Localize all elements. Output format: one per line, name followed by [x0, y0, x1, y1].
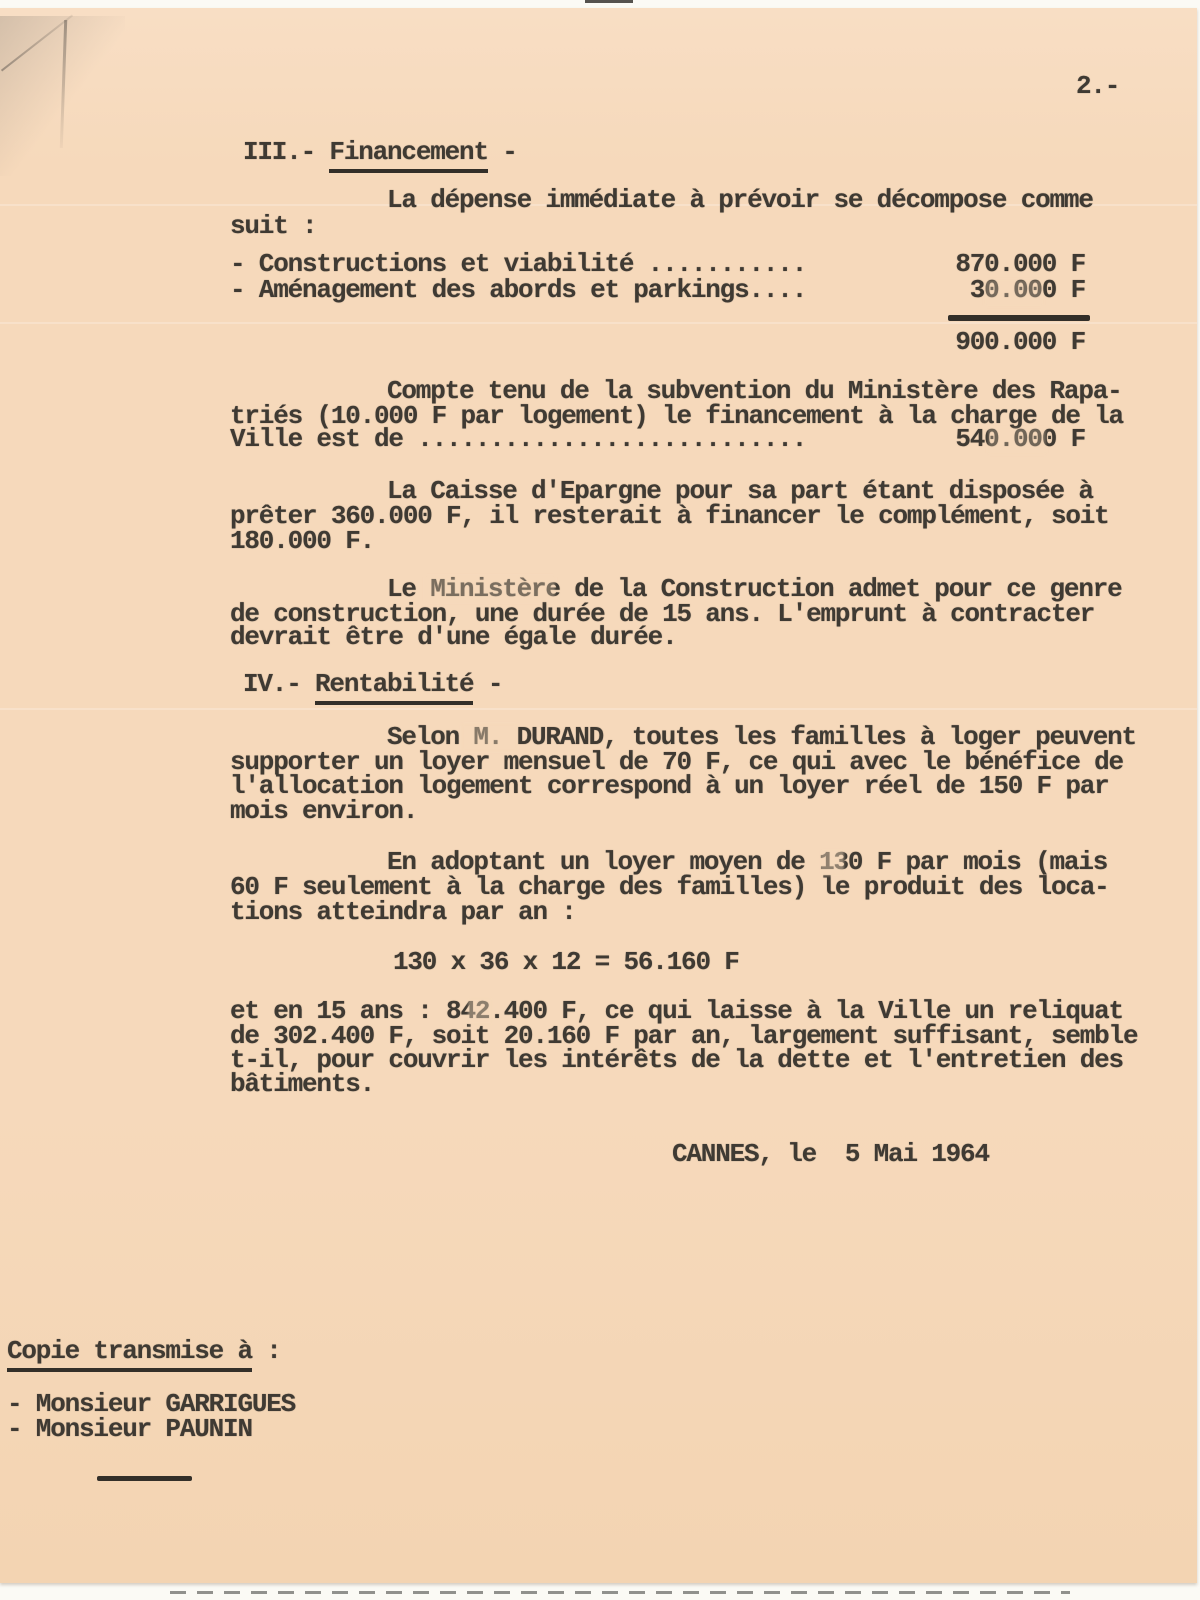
recipient-line: - Monsieur PAUNIN: [7, 1417, 252, 1442]
section-heading-dash: -: [488, 137, 517, 167]
faded-ink-spot: [985, 280, 1043, 306]
paragraph-line: devrait être d'une égale durée.: [230, 625, 676, 650]
faded-ink-spot: [468, 998, 492, 1025]
scan-streak: [0, 708, 1197, 710]
paragraph-line: 180.000 F.: [230, 529, 374, 554]
section-heading-financement: III.- Financement -: [243, 140, 517, 165]
dateline: CANNES, le 5 Mai 1964: [672, 1142, 989, 1167]
faded-ink-spot: [462, 724, 517, 751]
scanned-paper-sheet: 2.- III.- Financement - La dépense imméd…: [0, 8, 1197, 1583]
scan-streak: [0, 322, 1197, 324]
section-number: III.-: [243, 137, 329, 167]
expense-row-constructions: - Constructions et viabilité ...........…: [230, 252, 1085, 277]
section-title-underlined: Financement: [329, 137, 487, 173]
scanner-bottom-edge-dashes: [170, 1591, 1070, 1594]
total-row: 900.000 F: [230, 330, 1085, 355]
copy-heading-colon: :: [252, 1336, 281, 1366]
scanner-edge-mark: [585, 0, 633, 3]
paragraph-line: suit :: [230, 214, 316, 239]
faded-ink-spot: [425, 576, 555, 602]
section-number: IV.-: [243, 669, 315, 699]
faded-ink-spot: [820, 849, 844, 876]
expense-row-amenagement: - Aménagement des abords et parkings....…: [230, 278, 1085, 303]
expense-label: - Constructions et viabilité ...........: [230, 252, 806, 277]
total-rule: [948, 315, 1090, 321]
ville-financement-row: Ville est de ...........................…: [230, 427, 1085, 452]
copy-transmitted-heading: Copie transmise à :: [7, 1339, 281, 1364]
section-heading-rentabilite: IV.- Rentabilité -: [243, 672, 502, 697]
footer-rule: [97, 1476, 192, 1481]
paragraph-line: mois environ.: [230, 799, 417, 824]
page-number: 2.-: [1076, 74, 1119, 99]
copy-heading-underlined: Copie transmise à: [7, 1336, 252, 1372]
expense-label: - Aménagement des abords et parkings....: [230, 278, 806, 303]
paragraph-line: La dépense immédiate à prévoir se décomp…: [387, 188, 1093, 213]
expense-amount: 870.000 F: [955, 252, 1085, 277]
section-heading-dash: -: [473, 669, 502, 699]
section-title-underlined: Rentabilité: [315, 669, 473, 705]
dotted-label: Ville est de ...........................: [230, 427, 806, 452]
rent-formula: 130 x 36 x 12 = 56.160 F: [393, 950, 739, 975]
total-amount: 900.000 F: [955, 330, 1085, 355]
faded-ink-spot: [988, 428, 1046, 454]
paragraph-line: tions atteindra par an :: [230, 900, 576, 925]
paragraph-line: bâtiments.: [230, 1072, 374, 1097]
